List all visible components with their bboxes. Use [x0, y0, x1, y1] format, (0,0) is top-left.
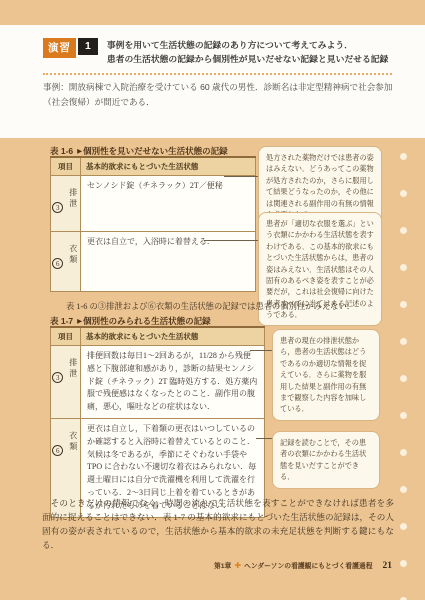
footer-chapter: 第1章 [214, 563, 231, 570]
connector-line [204, 240, 258, 241]
triangle-marker-icon: ▶ [77, 318, 82, 325]
circled-number: 3 [52, 202, 63, 213]
table-1-6-header-row: 項目 基本的欲求にもとづいた生活状態 [51, 157, 256, 176]
closing-paragraph: そのときだけの情報でなく，時間の流れで生活状態を表すことができなければ患者を多面… [42, 497, 394, 553]
binding-hole [400, 560, 407, 567]
table-1-7: 項目 基本的欲求にもとづいた生活状態 3 排泄 排便回数は毎日1～2回あるが，1… [50, 326, 265, 518]
circled-number: 6 [52, 445, 63, 456]
row-state-text: センノシド錠（チネラック）2T／便秘 [81, 176, 256, 232]
circled-number: 3 [52, 372, 63, 383]
table-1-6-caption-title: 個別性を見いだせない生活状態の記録 [83, 146, 228, 156]
exercise-title-line1: 事例を用いて生活状態の記録のあり方について考えてみよう． [107, 38, 389, 52]
binding-hole [400, 412, 407, 419]
table-1-7-header-state: 基本的欲求にもとづいた生活状態 [81, 327, 265, 346]
exercise-header: 演習 1 事例を用いて生活状態の記録のあり方について考えてみよう． 患者の生活状… [43, 38, 425, 66]
triangle-marker-icon: ▶ [77, 148, 82, 155]
binding-hole [400, 227, 407, 234]
table-1-7-header-item: 項目 [51, 327, 81, 346]
row-category-label: 排泄 [68, 358, 79, 380]
binding-hole [400, 523, 407, 530]
exercise-header-band: 演習 1 事例を用いて生活状態の記録のあり方について考えてみよう． 患者の生活状… [0, 25, 425, 138]
table-1-7-header-row: 項目 基本的欲求にもとづいた生活状態 [51, 327, 265, 346]
connector-line [224, 176, 258, 177]
between-tables-text: 表 1-6 の③排泄および⑥衣類の生活状態の記録では患者の個別性がみえない． [66, 300, 355, 312]
row-category-label: 排泄 [68, 188, 79, 210]
binding-hole [400, 190, 407, 197]
row-state-text: 排便回数は毎日1～2回あるが，11/28 から残便感と下腹部違和感があり，診断の… [81, 346, 265, 419]
page-number: 21 [383, 561, 393, 571]
row-category-label: 衣類 [68, 431, 79, 453]
case-description: 事例：開放病棟で入院治療を受けている 60 歳代の男性．診断名は非定型精神病で社… [43, 80, 395, 110]
table-1-7-caption-title: 個別性のみられる生活状態の記録 [83, 316, 211, 326]
textbook-page: 演習 1 事例を用いて生活状態の記録のあり方について考えてみよう． 患者の生活状… [0, 0, 425, 600]
callout-note: 患者の現在の排泄状態から，患者の生活状態はどうであるのか適切な情報を捉えている．… [272, 329, 380, 421]
circled-number: 6 [52, 258, 63, 269]
binding-hole [400, 375, 407, 382]
exercise-title: 事例を用いて生活状態の記録のあり方について考えてみよう． 患者の生活状態の記録か… [107, 38, 389, 66]
row-category-label: 衣類 [68, 244, 79, 266]
table-1-6-header-state: 基本的欲求にもとづいた生活状態 [81, 157, 256, 176]
footer-book-title: ヘンダーソンの看護観にもとづく看護過程 [244, 563, 372, 570]
binding-hole [400, 301, 407, 308]
table-1-6-header-item: 項目 [51, 157, 81, 176]
page-footer: 第1章✚ヘンダーソンの看護観にもとづく看護過程21 [0, 560, 392, 571]
exercise-badge: 演習 [43, 38, 76, 58]
table-row: 3 排泄 排便回数は毎日1～2回あるが，11/28 から残便感と下腹部違和感があ… [51, 346, 265, 419]
callout-note: 記録を読むことで，その患者の衣類にかかわる生活状態を見いだすことができる． [272, 431, 380, 489]
table-1-7-caption-label: 表 1-7 [50, 316, 73, 326]
row-label-cell: 3 排泄 [51, 176, 81, 232]
binding-hole [400, 264, 407, 271]
binding-hole [400, 486, 407, 493]
binding-hole [400, 338, 407, 345]
row-label-cell: 3 排泄 [51, 346, 81, 419]
connector-line [250, 350, 272, 351]
exercise-title-line2: 患者の生活状態の記録から個別性が見いだせない記録と見いだせる記録 [107, 52, 389, 66]
chapter-plus-icon: ✚ [234, 561, 241, 570]
connector-line [256, 438, 272, 439]
binding-hole [400, 153, 407, 160]
row-label-cell: 6 衣類 [51, 232, 81, 292]
table-1-6-caption-label: 表 1-6 [50, 146, 73, 156]
table-row: 3 排泄 センノシド錠（チネラック）2T／便秘 [51, 176, 256, 232]
dotted-divider [43, 73, 392, 75]
exercise-number-badge: 1 [78, 38, 98, 55]
binding-hole [400, 449, 407, 456]
